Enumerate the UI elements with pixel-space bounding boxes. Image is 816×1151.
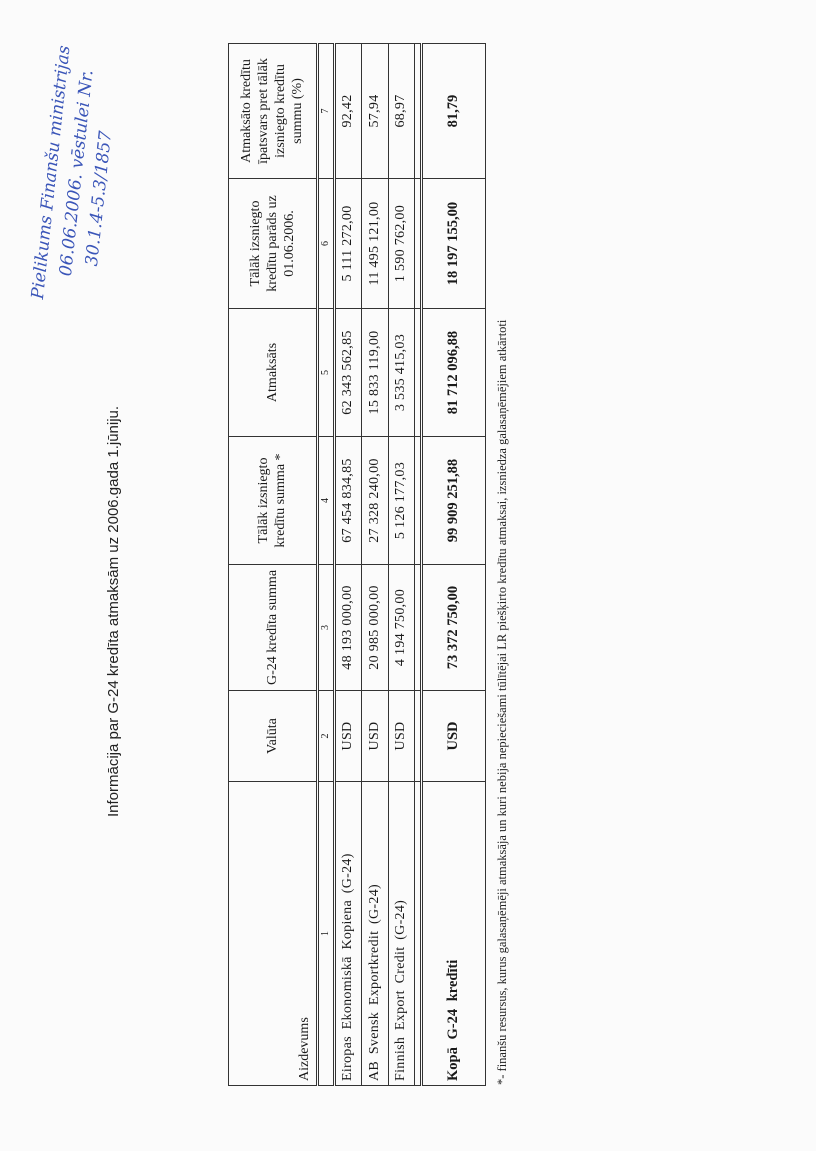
total-currency: USD <box>421 691 485 782</box>
header-share: Atmaksāto kredītu īpatsvars pret tālāk i… <box>229 44 318 179</box>
cell-currency: USD <box>361 691 388 782</box>
cell-share: 57,94 <box>361 44 388 179</box>
column-number: 7 <box>317 44 334 179</box>
cell-repaid: 62 343 562,85 <box>335 309 362 437</box>
header-g24-amount: G-24 kredīta summa <box>229 565 318 691</box>
footnote: *- finanšu resursus, kurus galasaņēmēji … <box>495 65 510 1085</box>
column-number: 5 <box>317 309 334 437</box>
header-debt: Tālāk izsniegto kredītu parāds uz 01.06.… <box>229 179 318 309</box>
cell-debt: 11 495 121,00 <box>361 179 388 309</box>
total-label: Kopā G-24 kredīti <box>421 782 485 1086</box>
column-number: 4 <box>317 437 334 565</box>
cell-share: 68,97 <box>388 44 415 179</box>
cell-repaid: 15 833 119,00 <box>361 309 388 437</box>
g24-credit-table: Aizdevums Valūta G-24 kredīta summa Tālā… <box>228 43 486 1086</box>
cell-g24-amount: 48 193 000,00 <box>335 565 362 691</box>
total-g24-amount: 73 372 750,00 <box>421 565 485 691</box>
cell-debt: 1 590 762,00 <box>388 179 415 309</box>
column-number: 3 <box>317 565 334 691</box>
column-number: 6 <box>317 179 334 309</box>
cell-g24-amount: 20 985 000,00 <box>361 565 388 691</box>
total-onlent-amount: 99 909 251,88 <box>421 437 485 565</box>
column-number: 1 <box>317 782 334 1086</box>
total-share: 81,79 <box>421 44 485 179</box>
cell-onlent-amount: 27 328 240,00 <box>361 437 388 565</box>
total-row: Kopā G-24 kredīti USD 73 372 750,00 99 9… <box>421 44 485 1086</box>
header-repaid: Atmaksāts <box>229 309 318 437</box>
table-row: Finnish Export Credit (G-24) USD 4 194 7… <box>388 44 415 1086</box>
cell-onlent-amount: 5 126 177,03 <box>388 437 415 565</box>
column-number-row: 1 2 3 4 5 6 7 <box>317 44 334 1086</box>
cell-lender: Eiropas Ekonomiskā Kopiena (G-24) <box>335 782 362 1086</box>
cell-g24-amount: 4 194 750,00 <box>388 565 415 691</box>
cell-share: 92,42 <box>335 44 362 179</box>
cell-lender: Finnish Export Credit (G-24) <box>388 782 415 1086</box>
table-header-row: Aizdevums Valūta G-24 kredīta summa Tālā… <box>229 44 318 1086</box>
header-onlent-amount: Tālāk izsniegto kredītu summa * <box>229 437 318 565</box>
cell-currency: USD <box>335 691 362 782</box>
table-row: AB Svensk Exportkredit (G-24) USD 20 985… <box>361 44 388 1086</box>
cell-onlent-amount: 67 454 834,85 <box>335 437 362 565</box>
cell-debt: 5 111 272,00 <box>335 179 362 309</box>
document-title: Informācija par G-24 kredīta atmaksām uz… <box>105 297 122 817</box>
total-repaid: 81 712 096,88 <box>421 309 485 437</box>
total-debt: 18 197 155,00 <box>421 179 485 309</box>
cell-currency: USD <box>388 691 415 782</box>
credit-table-container: Aizdevums Valūta G-24 kredīta summa Tālā… <box>228 44 486 1086</box>
header-lender: Aizdevums <box>229 782 318 1086</box>
cell-lender: AB Svensk Exportkredit (G-24) <box>361 782 388 1086</box>
column-number: 2 <box>317 691 334 782</box>
table-row: Eiropas Ekonomiskā Kopiena (G-24) USD 48… <box>335 44 362 1086</box>
cell-repaid: 3 535 415,03 <box>388 309 415 437</box>
handwritten-annotation: Pielikums Finanšu ministrijas 06.06.2006… <box>20 30 140 330</box>
header-currency: Valūta <box>229 691 318 782</box>
